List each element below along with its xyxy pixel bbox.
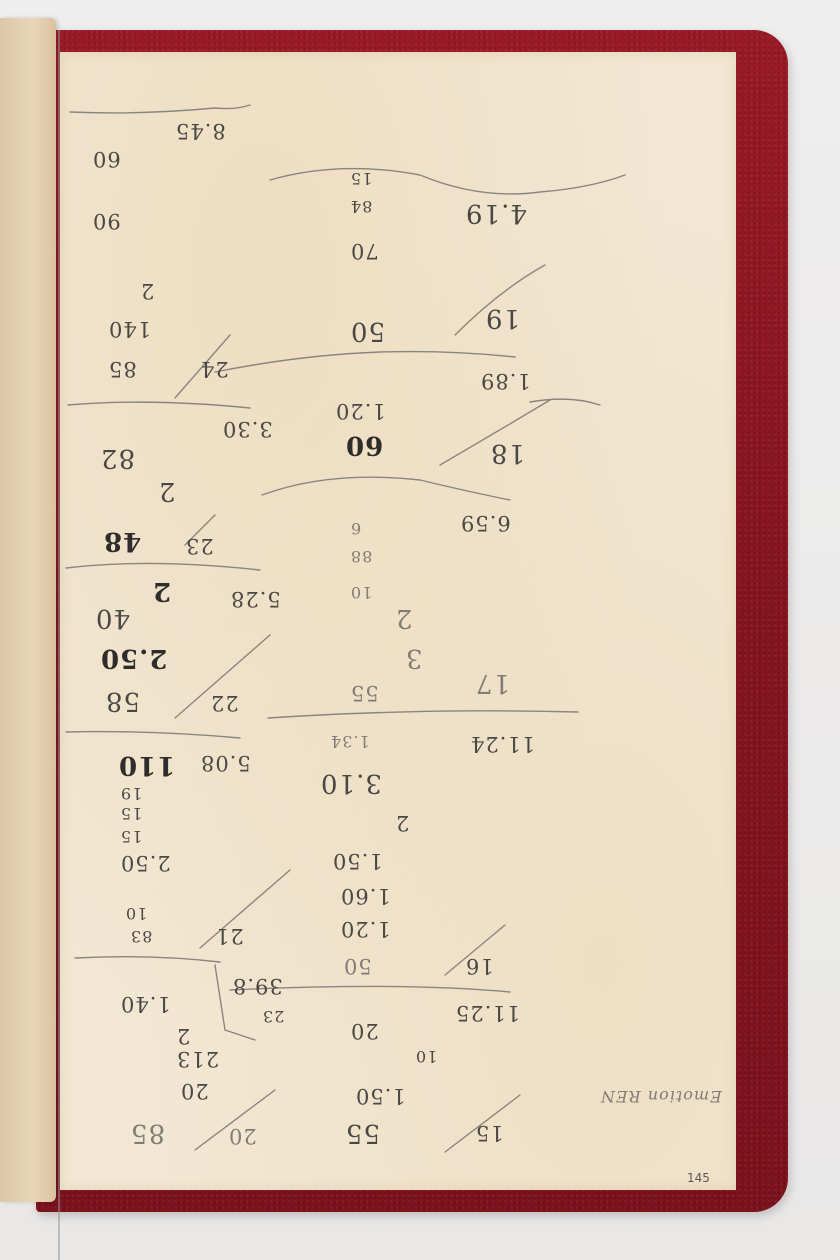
handwritten-item: 60 [345,432,383,458]
handwritten-item: 70 [350,240,379,261]
handwritten-total: 4.19 [465,200,527,226]
handwritten-total: 11.24 [470,733,535,754]
handwritten-item: 90 [92,210,121,231]
handwritten-item: 23 [262,1008,284,1024]
handwritten-note: 16 [465,955,494,976]
handwritten-item: 83 [130,928,152,944]
handwritten-annotation: Emotion REN [600,1088,722,1104]
handwritten-item: 55 [350,682,379,703]
handwritten-item: 85 [130,1120,165,1146]
handwritten-note: 19 [485,305,520,331]
handwritten-item: 1.34 [330,733,370,749]
handwritten-item: 84 [350,198,372,214]
handwritten-item: 10 [415,1048,437,1064]
handwritten-digit: 2 [140,280,154,301]
handwritten-item: 50 [350,318,385,344]
handwritten-note: 18 [490,440,525,466]
handwritten-total: 5.08 [200,752,251,773]
handwritten-item: 3.10 [320,770,382,796]
handwritten-item: 20 [350,1020,379,1041]
handwritten-item: 55 [345,1120,380,1146]
handwritten-item: 15 [120,805,142,821]
handwritten-item: 1.40 [120,993,171,1014]
handwritten-item: 48 [103,528,141,554]
handwritten-item: 58 [105,688,140,714]
handwritten-total: 11.25 [455,1002,520,1023]
handwritten-item: 213 [176,1048,219,1069]
handwritten-note: 23 [185,535,214,556]
handwritten-note: 24 [200,358,229,379]
handwritten-item: 85 [108,358,137,379]
handwritten-item: 40 [95,605,130,631]
handwritten-total: 1.89 [480,370,531,391]
handwritten-total: 8.45 [175,120,226,141]
handwritten-item: 20 [180,1080,209,1101]
handwritten-item: 1.50 [355,1085,406,1106]
handwritten-item: 88 [350,548,372,564]
handwritten-item: 15 [120,828,142,844]
handwritten-item: 2 [395,812,409,833]
handwritten-note: 21 [215,925,244,946]
handwritten-item: 2 [158,478,176,504]
handwritten-note: 17 [475,670,510,696]
handwritten-item: 60 [92,148,121,169]
handwritten-item: 1.20 [335,400,386,421]
handwritten-item: 10 [125,905,147,921]
handwritten-item: 1.50 [332,850,383,871]
handwritten-item: 2 [152,578,171,604]
handwritten-note: 15 [475,1122,504,1143]
handwritten-note: 22 [210,692,239,713]
handwritten-total: 3.30 [222,418,273,439]
handwritten-item: 1.20 [340,918,391,939]
handwritten-item: 140 [108,318,151,339]
handwritten-item: 2.50 [100,645,167,671]
handwritten-item: 1.60 [340,885,391,906]
handwritten-item: 2 [176,1025,190,1046]
handwritten-item: 10 [350,584,372,600]
handwritten-item: 110 [118,752,175,778]
page-number: 145 [687,1171,710,1185]
handwritten-item: 82 [100,445,135,471]
handwritten-item: 2.50 [120,852,171,873]
handwritten-item: 2 [395,605,413,631]
handwritten-item: 50 [343,955,372,976]
handwritten-item: 15 [350,170,372,186]
handwritten-total: 6.59 [460,512,511,533]
facing-page-edge [0,18,56,1202]
handwritten-item: 3 [405,645,423,671]
handwritten-note: 20 [228,1125,257,1146]
handwritten-item: 6 [350,520,361,536]
handwritten-item: 19 [120,785,142,801]
handwritten-total: 39.8 [232,975,283,996]
handwritten-total: 5.28 [230,588,281,609]
